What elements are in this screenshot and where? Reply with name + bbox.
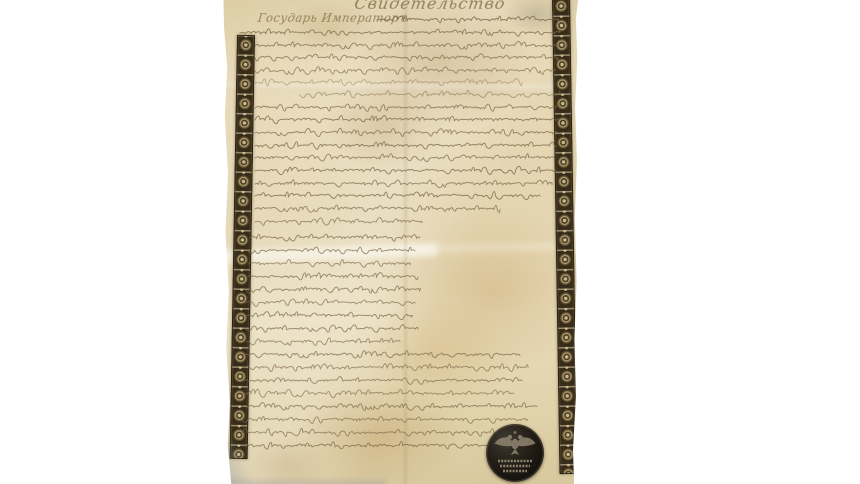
official-seal [486, 424, 544, 482]
scan-canvas: Свидетельство Государь Императоръ [0, 0, 860, 484]
double-headed-eagle-icon [486, 424, 544, 482]
bottom-edge-shadow [222, 477, 386, 484]
certificate-paper: Свидетельство Государь Императоръ [222, 0, 578, 484]
handwriting-layer [222, 0, 578, 484]
bottom-left-shadow [222, 422, 250, 484]
